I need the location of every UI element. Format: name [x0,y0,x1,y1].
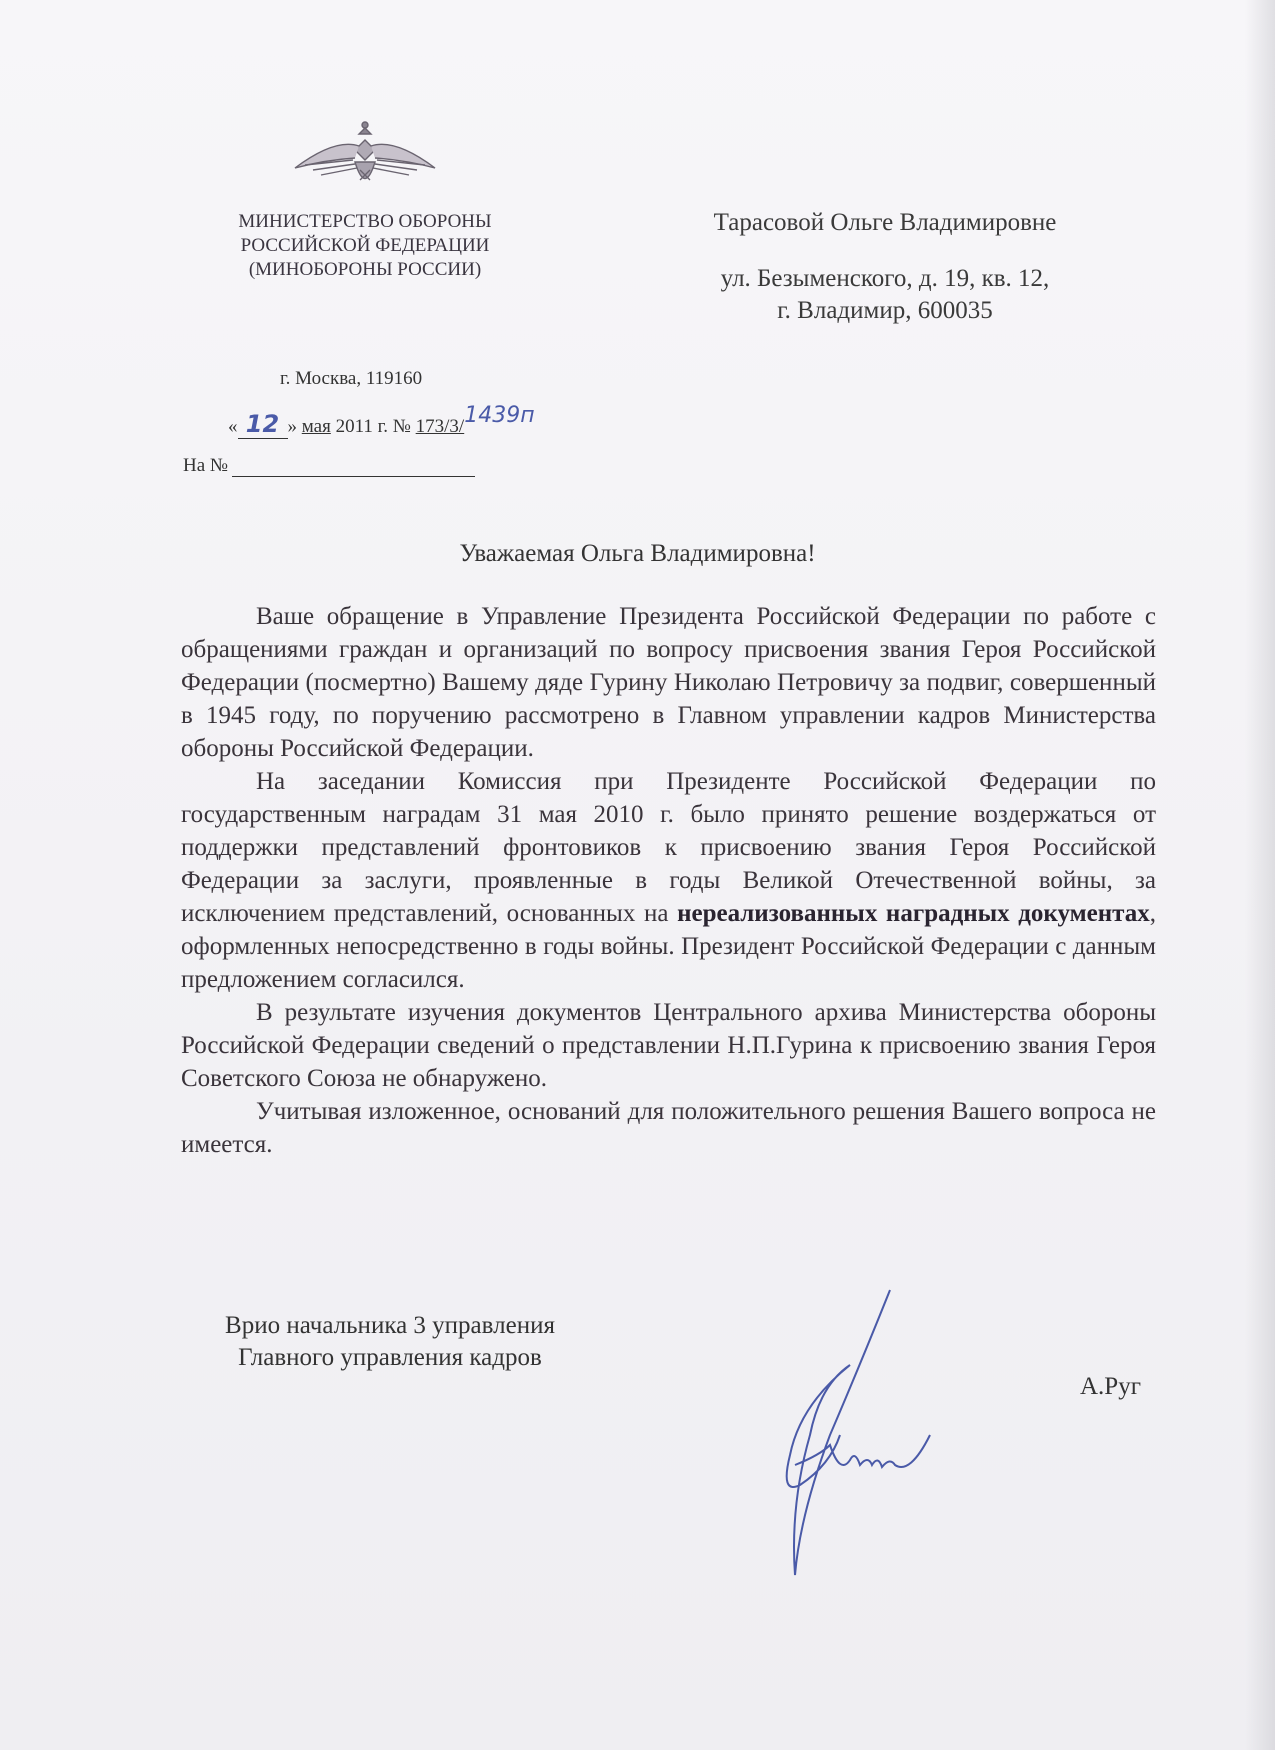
close-quote: » [288,416,298,437]
open-quote: « [228,416,238,437]
signatory-title-line-1: Врио начальника 3 управления [180,1310,600,1342]
date-year-suffix: г. № [378,416,411,437]
sender-city: г. Москва, 119160 [280,368,422,390]
date-and-number: «12» мая 2011 г. № 173/3/1439п [228,410,535,439]
paragraph-2: На заседании Комиссия при Президенте Рос… [181,765,1156,996]
date-month: мая [302,416,331,437]
date-year: 2011 [336,416,373,437]
paragraph-3: В результате изучения документов Централ… [181,996,1156,1095]
document-number: 173/3/ [416,416,465,437]
ministry-line-3: (МИНОБОРОНЫ РОССИИ) [200,258,530,282]
handwritten-day: 12 [238,410,288,439]
scan-edge-shadow [1245,0,1275,1750]
handwritten-signature-icon [740,1285,980,1585]
letter-page: МИНИСТЕРСТВО ОБОРОНЫ РОССИЙСКОЙ ФЕДЕРАЦИ… [0,0,1275,1750]
paragraph-2-bold-phrase: нереализованных наградных документах [677,900,1150,927]
reply-to-field: На № [183,455,475,477]
signer-name: А.Руг [1080,1373,1141,1401]
handwritten-number: 1439п [464,403,534,428]
paragraph-4: Учитывая изложенное, оснований для полож… [181,1095,1156,1161]
ministry-line-1: МИНИСТЕРСТВО ОБОРОНЫ [200,210,530,234]
signatory-title-line-2: Главного управления кадров [180,1342,600,1374]
ministry-header: МИНИСТЕРСТВО ОБОРОНЫ РОССИЙСКОЙ ФЕДЕРАЦИ… [200,210,530,282]
recipient-address-line-1: ул. Безыменского, д. 19, кв. 12, [660,263,1110,295]
reply-to-label: На № [183,455,228,476]
recipient-address-line-2: г. Владимир, 600035 [660,295,1110,327]
paragraph-1: Ваше обращение в Управление Президента Р… [181,600,1156,765]
double-headed-eagle-emblem-icon [285,120,445,200]
salutation: Уважаемая Ольга Владимировна! [0,540,1275,568]
signatory-title: Врио начальника 3 управления Главного уп… [180,1310,600,1374]
recipient-name: Тарасовой Ольге Владимировне [660,207,1110,239]
reply-to-blank-line [232,458,475,477]
letter-body: Ваше обращение в Управление Президента Р… [181,600,1156,1161]
ministry-line-2: РОССИЙСКОЙ ФЕДЕРАЦИИ [200,234,530,258]
recipient-block: Тарасовой Ольге Владимировне ул. Безымен… [660,207,1110,327]
